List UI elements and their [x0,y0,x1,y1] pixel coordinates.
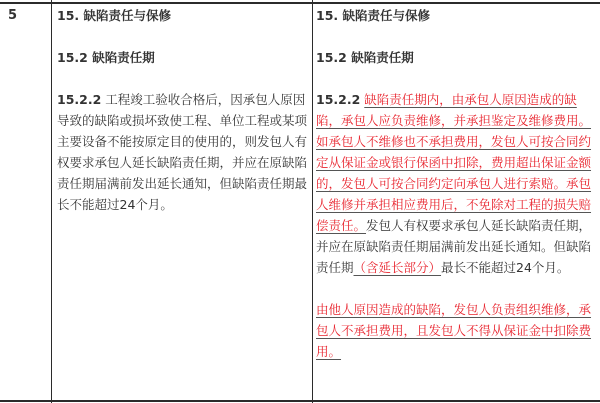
row-number: 5 [8,5,17,26]
added-text-1: 缺陷责任期内，由承包人原因造成的缺陷，承包人应负责维修，并承担鉴定及维修费用。如… [316,92,591,233]
section-title: 15. 缺陷责任与保修 [57,5,307,26]
clause-text-2: 最长不能超过24个月。 [441,260,569,275]
subsection-title: 15.2 缺陷责任期 [316,47,594,68]
revised-clause-cell: 15. 缺陷责任与保修 15.2 缺陷责任期 15.2.2 缺陷责任期内，由承包… [316,5,594,362]
clause-text: 工程竣工验收合格后，因承包人原因导致的缺陷或损坏致使工程、单位工程或某项主要设备… [57,92,307,212]
clause-number: 15.2.2 [57,92,101,107]
added-text-2: （含延长部分） [354,260,442,275]
section-title: 15. 缺陷责任与保修 [316,5,594,26]
clause-number: 15.2.2 [316,92,360,107]
column-divider-1 [51,0,52,403]
added-paragraph-text: 由他人原因造成的缺陷，发包人负责组织维修，承包人不承担费用，且发包人不得从保证金… [316,302,591,359]
column-divider-2 [312,0,313,403]
table-top-border [0,2,600,4]
clause-paragraph: 15.2.2 缺陷责任期内，由承包人原因造成的缺陷，承包人应负责维修，并承担鉴定… [316,89,594,278]
subsection-title: 15.2 缺陷责任期 [57,47,307,68]
clause-paragraph: 15.2.2 工程竣工验收合格后，因承包人原因导致的缺陷或损坏致使工程、单位工程… [57,89,307,215]
added-paragraph: 由他人原因造成的缺陷，发包人负责组织维修，承包人不承担费用，且发包人不得从保证金… [316,299,594,362]
table-bottom-border [0,400,600,402]
original-clause-cell: 15. 缺陷责任与保修 15.2 缺陷责任期 15.2.2 工程竣工验收合格后，… [57,5,307,215]
